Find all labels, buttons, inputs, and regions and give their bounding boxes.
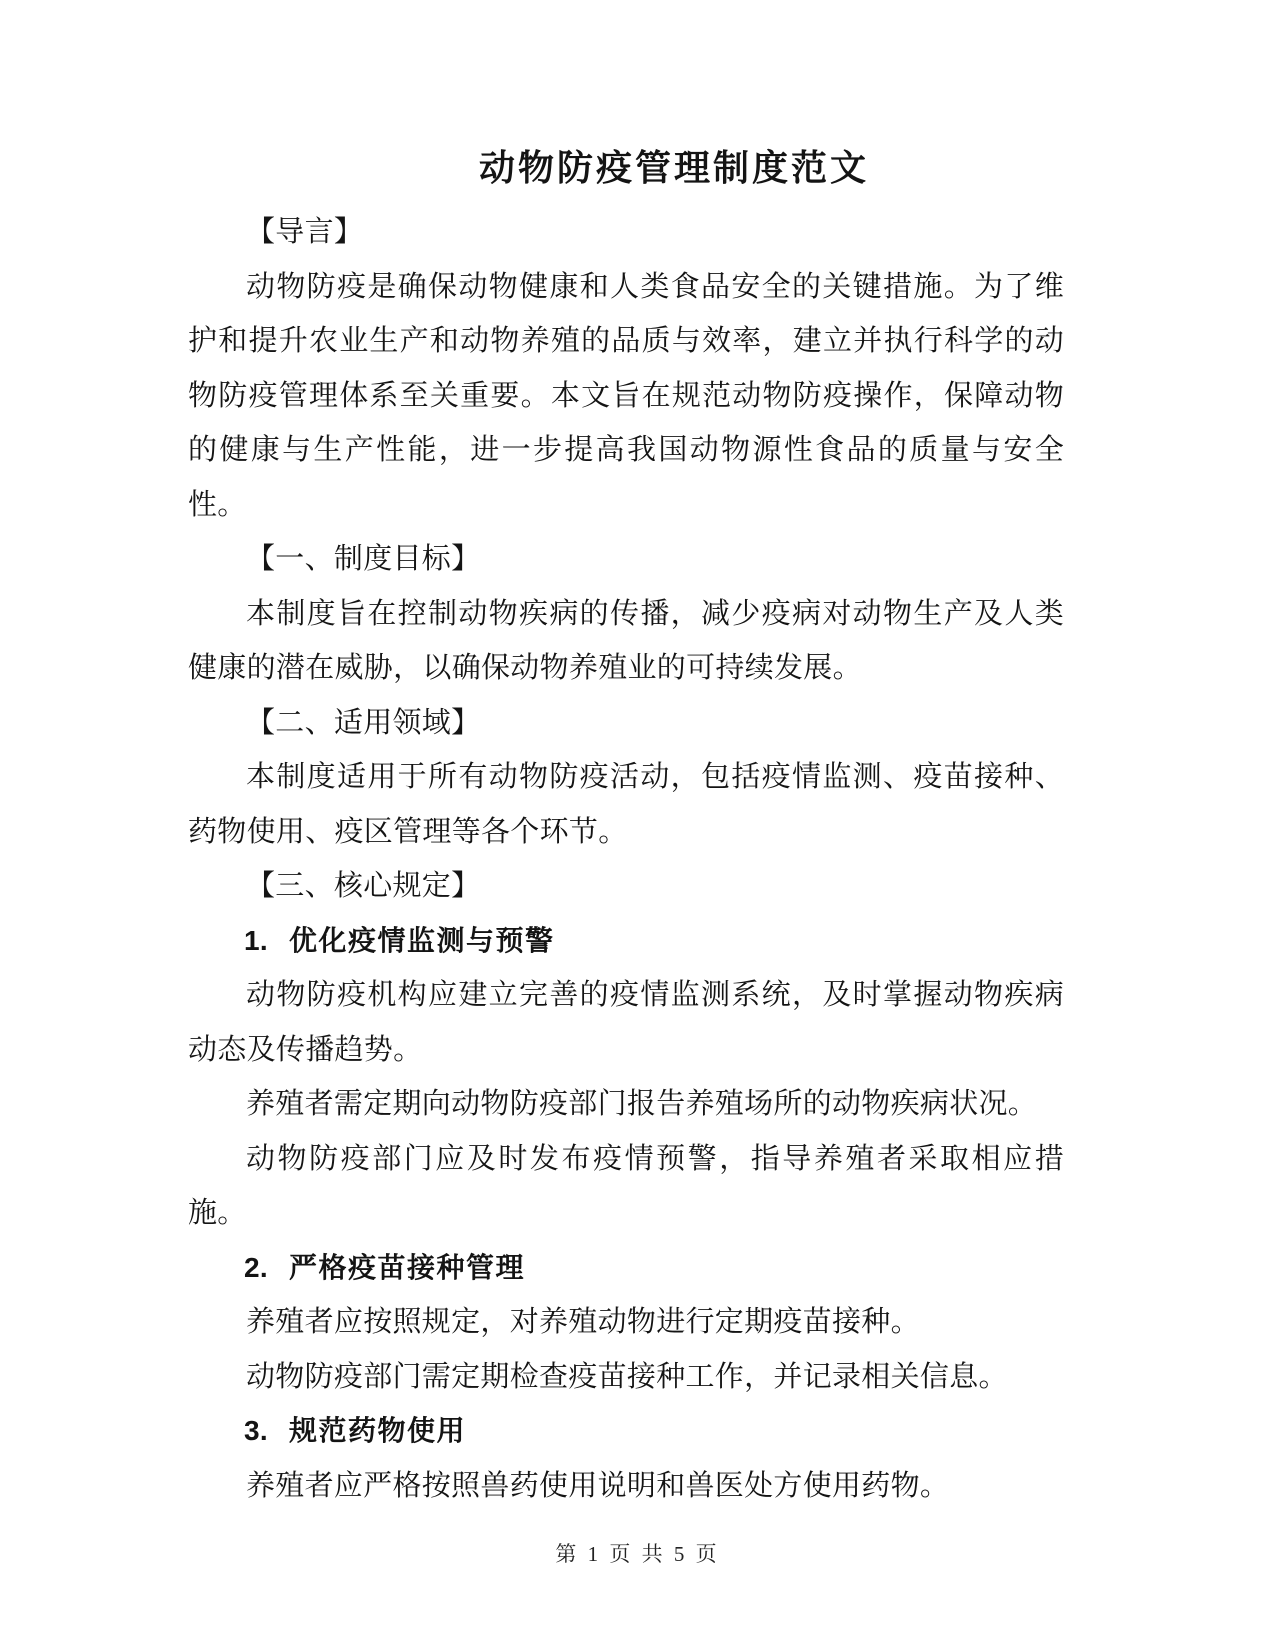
paragraph: 养殖者应按照规定，对养殖动物进行定期疫苗接种。 <box>188 1295 1064 1350</box>
document-title: 动物防疫管理制度范文 <box>284 140 1064 196</box>
heading-number: 1. <box>244 925 268 956</box>
paragraph: 动物防疫部门需定期检查疫苗接种工作，并记录相关信息。 <box>188 1350 1064 1405</box>
heading-number: 2. <box>244 1252 268 1283</box>
numbered-heading: 2.严格疫苗接种管理 <box>188 1241 1064 1296</box>
section-heading: 【一、制度目标】 <box>188 532 1064 587</box>
heading-text: 规范药物使用 <box>289 1415 466 1446</box>
paragraph: 动物防疫是确保动物健康和人类食品安全的关键措施。为了维护和提升农业生产和动物养殖… <box>188 260 1064 533</box>
paragraph: 本制度旨在控制动物疾病的传播，减少疫病对动物生产及人类健康的潜在威胁，以确保动物… <box>188 587 1064 696</box>
paragraph: 养殖者需定期向动物防疫部门报告养殖场所的动物疾病状况。 <box>188 1077 1064 1132</box>
heading-text: 优化疫情监测与预警 <box>289 925 555 956</box>
document-page: 动物防疫管理制度范文 【导言】 动物防疫是确保动物健康和人类食品安全的关键措施。… <box>0 0 1275 1650</box>
heading-text: 严格疫苗接种管理 <box>289 1252 525 1283</box>
section-heading: 【二、适用领域】 <box>188 696 1064 751</box>
paragraph: 养殖者应严格按照兽药使用说明和兽医处方使用药物。 <box>188 1459 1064 1514</box>
page-number-footer: 第 1 页 共 5 页 <box>0 1538 1275 1568</box>
paragraph: 本制度适用于所有动物防疫活动，包括疫情监测、疫苗接种、药物使用、疫区管理等各个环… <box>188 750 1064 859</box>
heading-number: 3. <box>244 1415 268 1446</box>
section-heading: 【三、核心规定】 <box>188 859 1064 914</box>
numbered-heading: 3.规范药物使用 <box>188 1404 1064 1459</box>
numbered-heading: 1.优化疫情监测与预警 <box>188 914 1064 969</box>
paragraph: 动物防疫部门应及时发布疫情预警，指导养殖者采取相应措施。 <box>188 1132 1064 1241</box>
paragraph: 动物防疫机构应建立完善的疫情监测系统，及时掌握动物疾病动态及传播趋势。 <box>188 968 1064 1077</box>
section-heading: 【导言】 <box>188 205 1064 260</box>
